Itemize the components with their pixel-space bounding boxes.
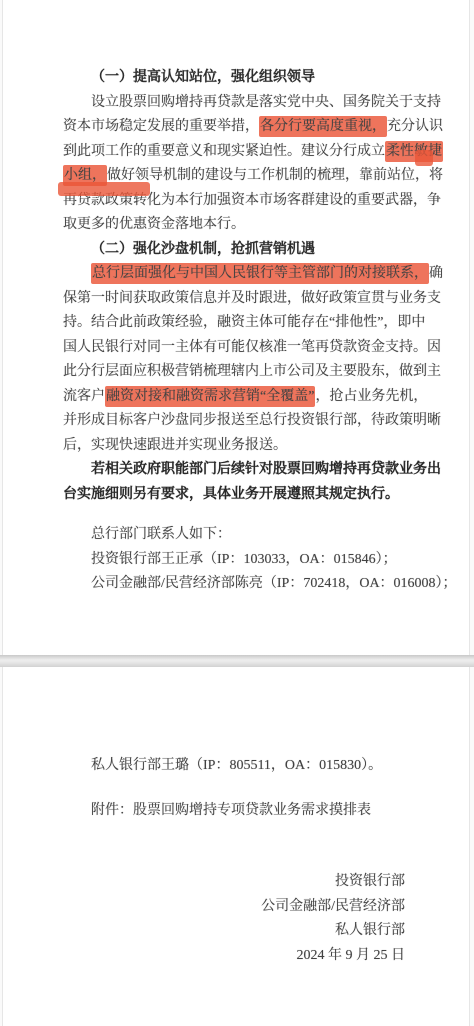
text-span: 私人银行部王璐（IP：805511，OA：015830）。 — [91, 758, 382, 773]
highlight-smudge — [58, 182, 150, 196]
doc-line: 公司金融部/民营经济部陈亮（IP：702418，OA：016008）； — [63, 572, 441, 597]
highlight-span: 总行层面强化与中国人民银行等主管部门的对接联系， — [91, 263, 429, 284]
doc-line: 取更多的优惠资金落地本行。 — [63, 213, 441, 238]
section-heading: （二）强化沙盘机制，抢抓营销机遇 — [63, 238, 441, 263]
highlight-smudge — [415, 150, 433, 166]
highlight-span: 各分行要高度重视， — [259, 116, 387, 137]
spacer — [63, 823, 441, 870]
page-gap — [0, 655, 474, 667]
text-span: 总行部门联系人如下： — [91, 527, 231, 542]
text-span: 取更多的优惠资金落地本行。 — [63, 217, 245, 232]
text-span: 持。结合此前政策经验，融资主体可能存在“排他性”，即中 — [63, 315, 425, 330]
signature-line: 投资银行部 — [63, 870, 441, 895]
text-span: 附件：股票回购增持专项贷款业务需求摸排表 — [91, 803, 371, 818]
text-span: （一）提高认知站位，强化组织领导 — [91, 70, 315, 85]
text-span: 做好领导机制的建设与工作机制的梳理，靠前站位，将 — [107, 168, 443, 183]
page-2: 私人银行部王璐（IP：805511，OA：015830）。附件：股票回购增持专项… — [2, 667, 470, 1026]
page-1: （一）提高认知站位，强化组织领导设立股票回购增持再贷款是落实党中央、国务院关于支… — [2, 0, 470, 655]
document-viewer[interactable]: （一）提高认知站位，强化组织领导设立股票回购增持再贷款是落实党中央、国务院关于支… — [0, 0, 474, 1026]
text-span: 后，实现快速跟进并实现业务报送。 — [63, 438, 287, 453]
doc-line: 资本市场稳定发展的重要举措，各分行要高度重视，充分认识 — [63, 115, 441, 140]
highlight-span: 融资对接和融资需求营销“全覆盖” — [105, 386, 315, 407]
bold-doc-line: 台实施细则另有要求，具体业务开展遵照其规定执行。 — [63, 483, 441, 508]
text-span: 资本市场稳定发展的重要举措， — [63, 119, 259, 134]
text-span: 投资银行部王正承（IP：103033，OA：015846）； — [91, 552, 397, 567]
text-span: 国人民银行对同一主体有可能仅核准一笔再贷款资金支持。因 — [63, 340, 441, 355]
doc-line: 此分行层面应积极营销梳理辖内上市公司及主要股东，做到主 — [63, 360, 441, 385]
doc-line: 国人民银行对同一主体有可能仅核准一笔再贷款资金支持。因 — [63, 336, 441, 361]
text-span: 确 — [429, 266, 443, 281]
doc-line: 持。结合此前政策经验，融资主体可能存在“排他性”，即中 — [63, 311, 441, 336]
text-span: 保第一时间获取政策信息并及时跟进，做好政策宣贯与业务支 — [63, 291, 441, 306]
spacer — [63, 779, 441, 799]
doc-line: 并形成目标客户沙盘同步报送至总行投资银行部，待政策明晰 — [63, 409, 441, 434]
spacer — [63, 507, 441, 523]
text-span: （二）强化沙盘机制，抢抓营销机遇 — [91, 242, 315, 257]
text-span: 充分认识 — [387, 119, 443, 134]
text-span: 公司金融部/民营经济部 — [261, 899, 405, 914]
text-span: 私人银行部 — [335, 923, 405, 938]
signature-line: 私人银行部 — [63, 919, 441, 944]
doc-line: 保第一时间获取政策信息并及时跟进，做好政策宣贯与业务支 — [63, 287, 441, 312]
doc-line: 后，实现快速跟进并实现业务报送。 — [63, 434, 441, 459]
signature-line: 公司金融部/民营经济部 — [63, 895, 441, 920]
text-span: 流客户 — [63, 389, 105, 404]
text-span: 投资银行部 — [335, 874, 405, 889]
text-span: 并形成目标客户沙盘同步报送至总行投资银行部，待政策明晰 — [63, 413, 441, 428]
doc-line: 到此项工作的重要意义和现实紧迫性。建议分行成立柔性敏捷 — [63, 140, 441, 165]
page-1-content: （一）提高认知站位，强化组织领导设立股票回购增持再贷款是落实党中央、国务院关于支… — [3, 0, 469, 597]
doc-line: 设立股票回购增持再贷款是落实党中央、国务院关于支持 — [63, 91, 441, 116]
text-span: 2024 年 9 月 25 日 — [297, 948, 406, 963]
text-span: 到此项工作的重要意义和现实紧迫性。建议分行成立 — [63, 144, 385, 159]
doc-line: 投资银行部王正承（IP：103033，OA：015846）； — [63, 548, 441, 573]
doc-line: 总行部门联系人如下： — [63, 523, 441, 548]
text-span: 台实施细则另有要求，具体业务开展遵照其规定执行。 — [63, 487, 399, 502]
doc-line: 流客户融资对接和融资需求营销“全覆盖”，抢占业务先机， — [63, 385, 441, 410]
doc-line: 总行层面强化与中国人民银行等主管部门的对接联系，确 — [63, 262, 441, 287]
text-span: 设立股票回购增持再贷款是落实党中央、国务院关于支持 — [91, 95, 441, 110]
text-span: ，抢占业务先机， — [315, 389, 427, 404]
doc-line: 附件：股票回购增持专项贷款业务需求摸排表 — [63, 799, 441, 824]
highlight-span: 柔性敏捷 — [385, 141, 443, 162]
doc-line: 私人银行部王璐（IP：805511，OA：015830）。 — [63, 754, 441, 779]
text-span: 若相关政府职能部门后续针对股票回购增持再贷款业务出 — [91, 462, 441, 477]
page-2-content: 私人银行部王璐（IP：805511，OA：015830）。附件：股票回购增持专项… — [3, 667, 469, 968]
text-span: 公司金融部/民营经济部陈亮（IP：702418，OA：016008）； — [91, 576, 457, 591]
text-span: 此分行层面应积极营销梳理辖内上市公司及主要股东，做到主 — [63, 364, 441, 379]
signature-line: 2024 年 9 月 25 日 — [63, 944, 441, 969]
bold-doc-line: 若相关政府职能部门后续针对股票回购增持再贷款业务出 — [63, 458, 441, 483]
section-heading: （一）提高认知站位，强化组织领导 — [63, 66, 441, 91]
